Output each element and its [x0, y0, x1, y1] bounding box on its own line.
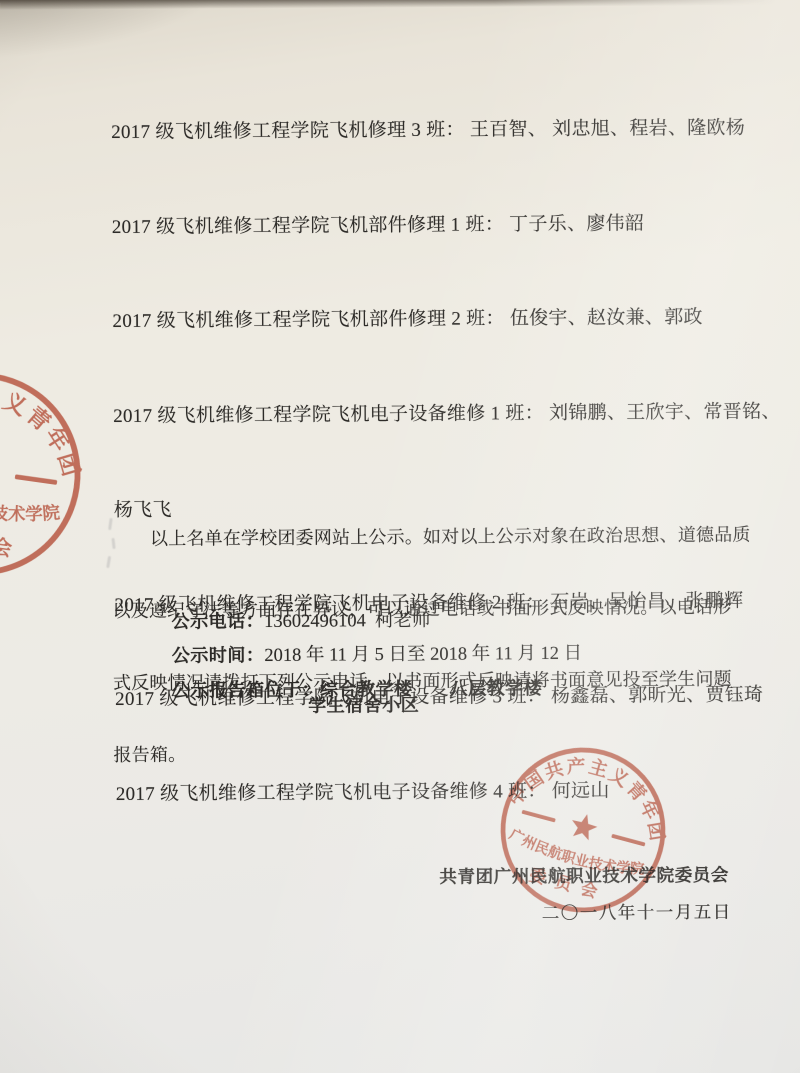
- document-photo: 2017 级飞机维修工程学院飞机修理 3 班： 王百智、 刘忠旭、程岩、隆欧杨 …: [0, 0, 800, 1073]
- roster-line: 2017 级飞机维修工程学院飞机部件修理 2 班： 伍俊宇、赵汝兼、郭政: [112, 301, 780, 337]
- roster-line: 2017 级飞机维修工程学院飞机部件修理 1 班： 丁子乐、廖伟韶: [112, 207, 780, 243]
- roster-line: 2017 级飞机维修工程学院飞机修理 3 班： 王百智、 刘忠旭、程岩、隆欧杨: [111, 112, 779, 148]
- roster-line: 2017 级飞机维修工程学院飞机电子设备维修 1 班： 刘锦鹏、王欣宇、常晋铭、: [113, 396, 781, 432]
- notice-line: 报告箱。: [113, 739, 752, 767]
- notice-line: 以上名单在学校团委网站上公示。如对以上公示对象在政治思想、道德品质: [112, 523, 751, 551]
- document-content: 2017 级飞机维修工程学院飞机修理 3 班： 王百智、 刘忠旭、程岩、隆欧杨 …: [0, 0, 800, 1073]
- mailbox-location-2: 学生宿舍小区: [308, 691, 419, 718]
- mailbox-label: 公示报告箱位于：: [172, 680, 320, 701]
- signature-date: 二〇一八年十一月五日: [542, 899, 732, 925]
- signature-org: 共青团广州民航职业技术学院委员会: [439, 862, 729, 889]
- paper-sheet: 2017 级飞机维修工程学院飞机修理 3 班： 王百智、 刘忠旭、程岩、隆欧杨 …: [0, 0, 800, 1073]
